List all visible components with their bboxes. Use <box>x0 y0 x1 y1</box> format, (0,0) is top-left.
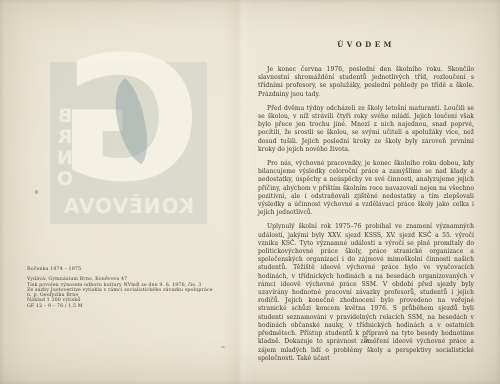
body-paragraphs: Je konec června 1976, poslední den školn… <box>258 66 474 363</box>
colophon-block: Ročenka 1974 – 1975 Vydává: Gymnázium Br… <box>27 267 232 309</box>
paper-speck <box>221 346 225 348</box>
logo-text-brno: BRNO <box>54 106 76 190</box>
paragraph: Pro nás, výchovné pracovníky, je konec š… <box>258 160 474 217</box>
chapter-heading: ÚVODEM <box>258 40 474 49</box>
paragraph: Je konec června 1976, poslední den školn… <box>258 66 474 99</box>
paper-speck <box>35 190 38 194</box>
paragraph: Před dvěma týdny odcházeli ze školy leto… <box>258 105 474 154</box>
colophon-lines: Vydává: Gymnázium Brno, Koněvova 47Tisk … <box>27 277 232 309</box>
book-spread-scan: G BRNO KONĚVOVA Ročenka 1974 – 1975 Vydá… <box>0 0 500 384</box>
right-page-text-block: ÚVODEM Je konec června 1976, poslední de… <box>258 40 474 369</box>
page-gutter-shadow <box>222 0 256 384</box>
colophon-title: Ročenka 1974 – 1975 <box>27 267 232 272</box>
school-logo-watermark: G BRNO KONĚVOVA <box>50 62 207 224</box>
colophon-line: GF 12 – 9 – 76 / 1,5 M <box>27 304 232 309</box>
logo-text-konevova: KONĚVOVA <box>58 194 199 218</box>
page-number: 5 <box>258 336 474 344</box>
dove-icon <box>107 76 155 166</box>
